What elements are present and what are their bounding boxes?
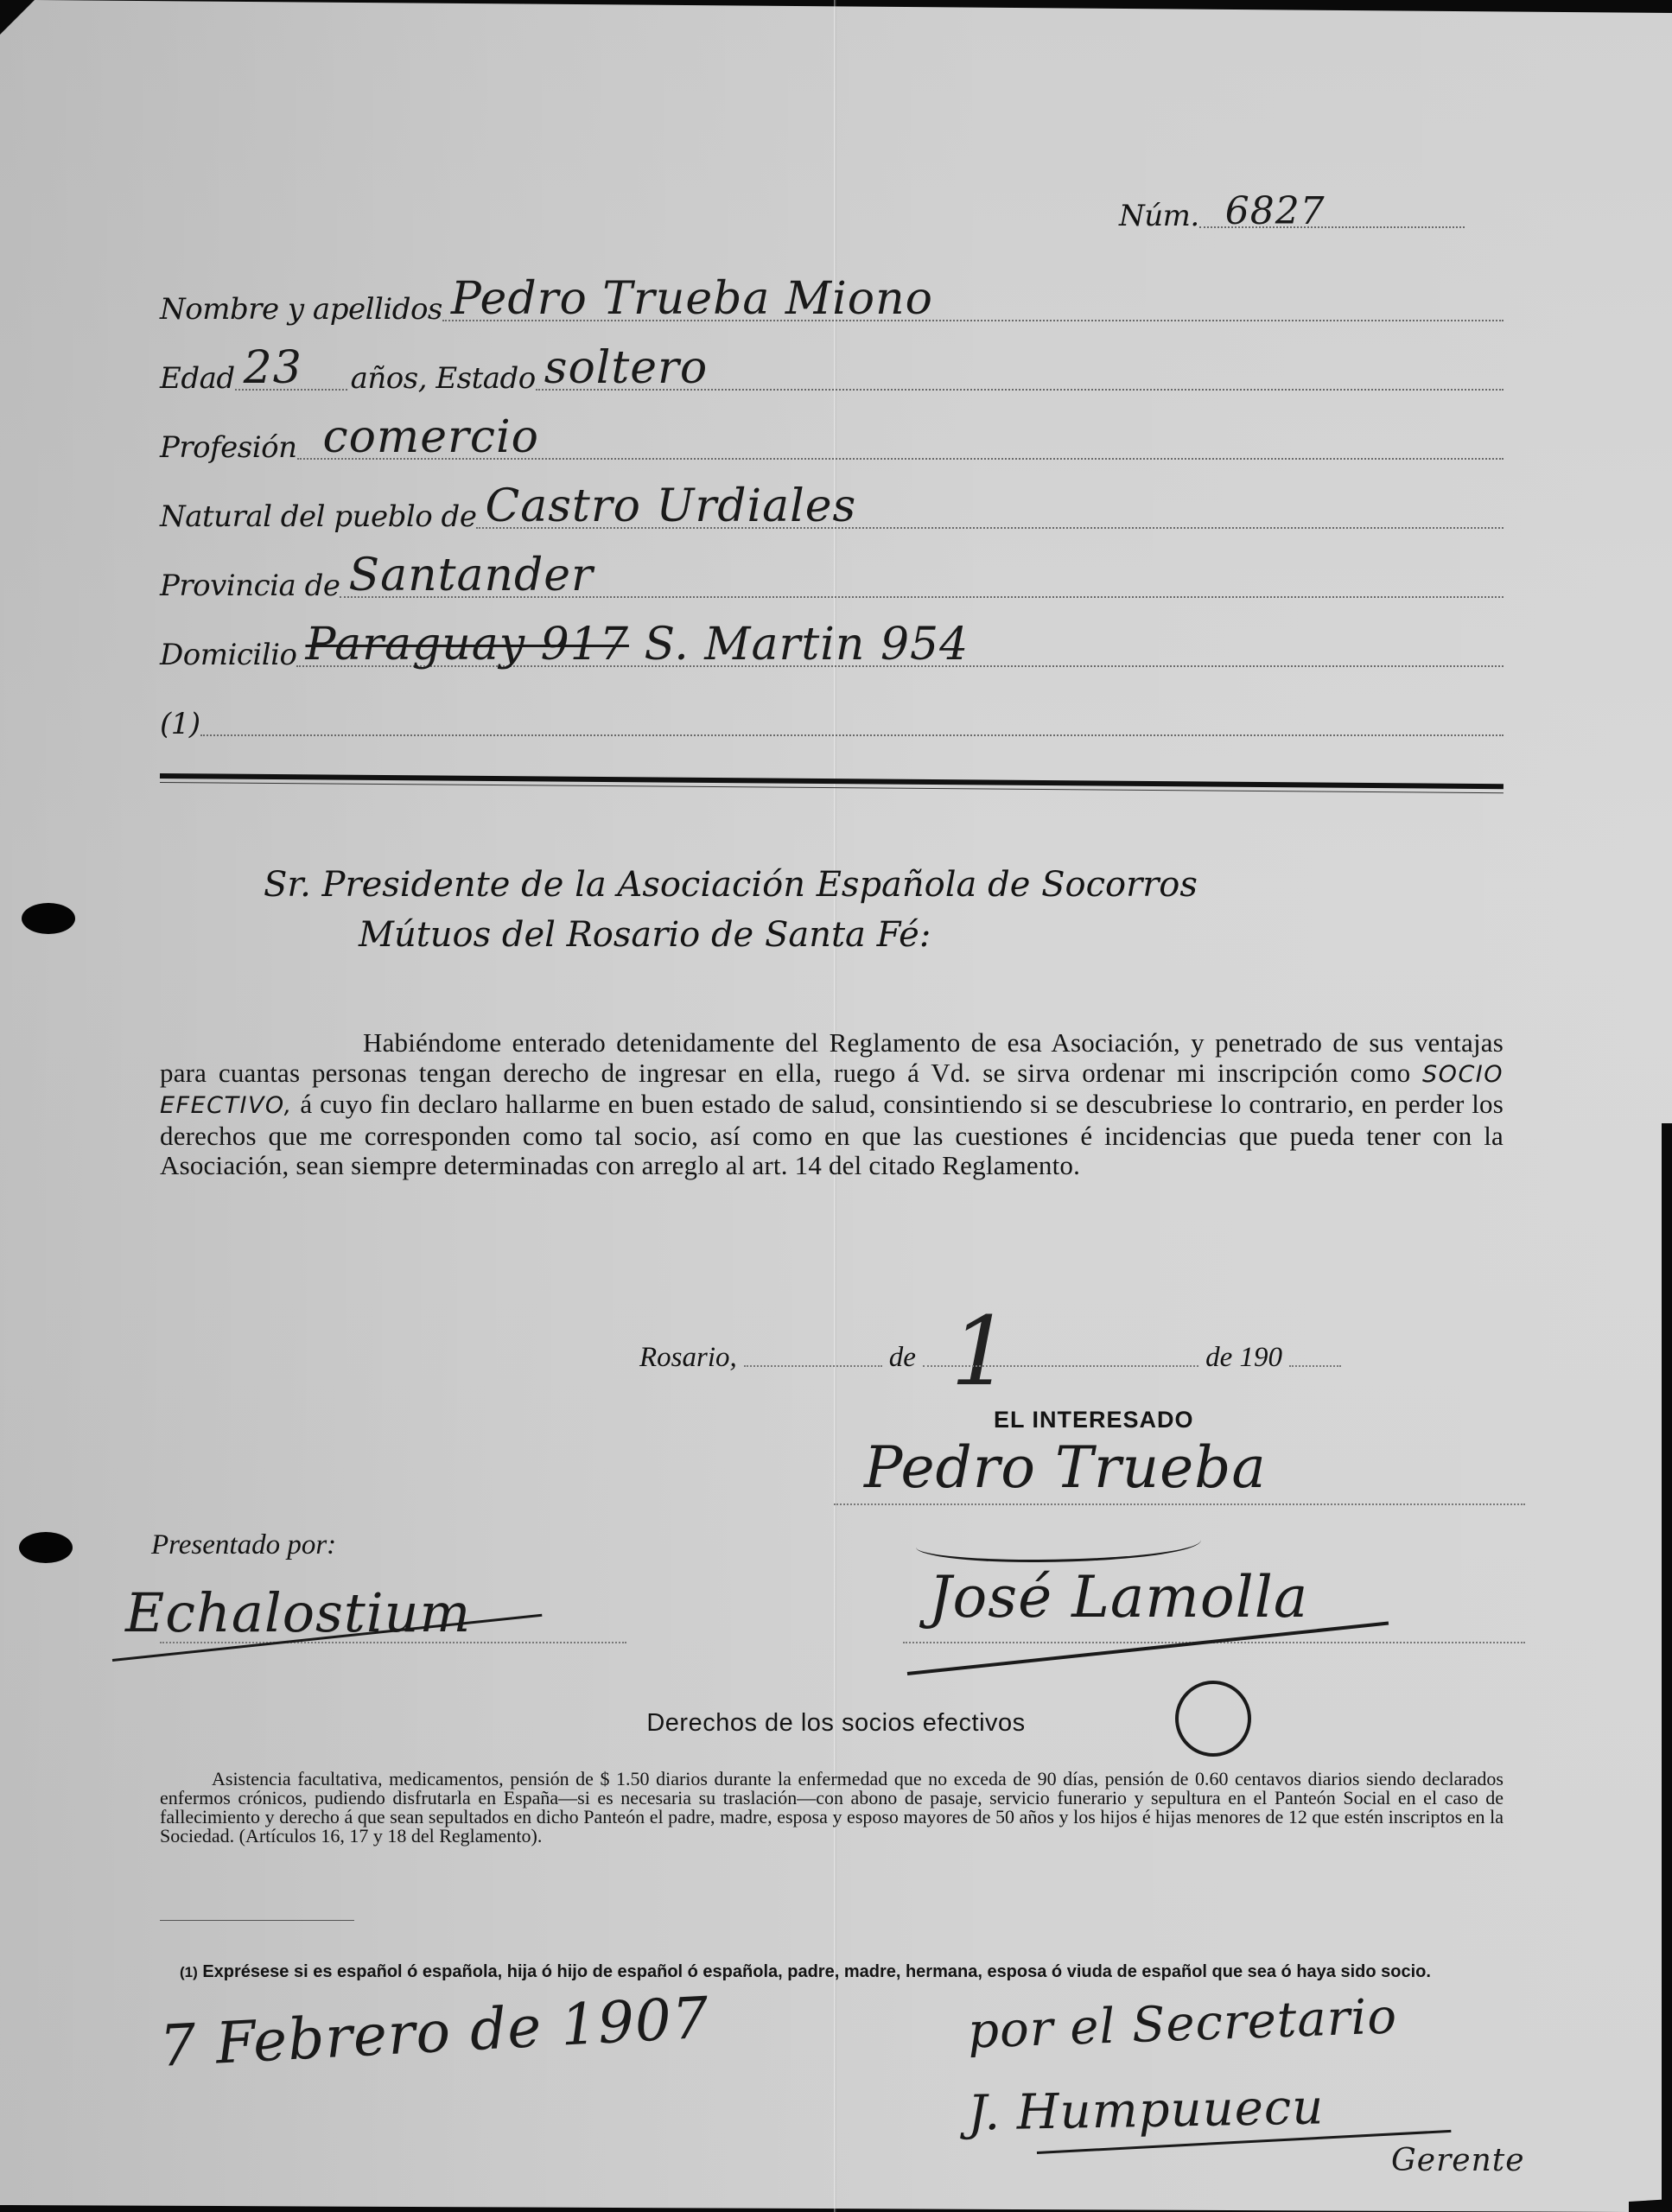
field-nationality-note: (1): [160, 690, 1504, 741]
salutation: Sr. Presidente de la Asociación Española…: [264, 860, 1473, 960]
presentado-label: Presentado por:: [151, 1529, 336, 1561]
field-value: Castro Urdiales: [485, 480, 856, 532]
date-year: de 190: [1205, 1342, 1282, 1374]
second-signature: José Lamolla: [929, 1564, 1308, 1630]
date-de: de: [889, 1342, 916, 1374]
field-value: Santander: [348, 550, 593, 601]
field-value: Pedro Trueba Miono: [451, 273, 933, 325]
field-age-status: Edad 23 años, Estado soltero: [160, 344, 1504, 396]
field-label: Profesión: [160, 430, 297, 465]
interesado-signature: Pedro Trueba: [864, 1434, 1267, 1501]
presentado-signature: Echalostium: [125, 1581, 471, 1644]
form-number: Núm. 6827: [1119, 190, 1465, 233]
interesado-label: EL INTERESADO: [994, 1407, 1194, 1433]
field-label: Provincia de: [160, 569, 340, 603]
punch-hole-upper: [22, 903, 75, 934]
field-label: Edad: [160, 361, 235, 396]
field-label: Domicilio: [160, 638, 296, 672]
field-value: S. Martin 954: [644, 619, 969, 671]
footnote-mark: (1): [180, 1964, 198, 1980]
number-value: 6827: [1225, 189, 1326, 233]
approval-title: Gerente: [1391, 2143, 1525, 2178]
footnote-text: Exprésese si es español ó española, hija…: [202, 1962, 1431, 1981]
field-value-status: soltero: [544, 342, 708, 394]
signature-line: [834, 1503, 1525, 1505]
footnote: (1) Exprésese si es español ó española, …: [180, 1961, 1510, 1983]
footnote-rule: [160, 1920, 354, 1921]
body-text-part2: á cuyo fin declaro hallarme en buen esta…: [160, 1089, 1504, 1180]
date-place: Rosario,: [639, 1342, 737, 1374]
field-value: comercio: [323, 411, 539, 463]
rights-title: Derechos de los socios efectivos: [0, 1709, 1672, 1738]
rights-paragraph: Asistencia facultativa, medicamentos, pe…: [160, 1768, 1504, 1847]
field-province: Provincia de Santander: [160, 551, 1504, 603]
page-edge-shadow: [1662, 1123, 1672, 2212]
application-body: Habiéndome enterado detenidamente del Re…: [160, 1028, 1504, 1181]
field-label: Nombre y apellidos: [160, 292, 442, 327]
field-name: Nombre y apellidos Pedro Trueba Miono: [160, 275, 1504, 327]
field-label: años, Estado: [351, 361, 536, 396]
date-line: Rosario, de de 190: [639, 1331, 1348, 1374]
salutation-line-2: Mútuos del Rosario de Santa Fé:: [264, 910, 1473, 960]
field-label: (1): [160, 707, 200, 741]
field-label: Natural del pueblo de: [160, 499, 476, 534]
field-birthplace: Natural del pueblo de Castro Urdiales: [160, 482, 1504, 534]
number-label: Núm.: [1119, 199, 1199, 233]
field-value-struck: Paraguay 917: [305, 619, 628, 671]
approval-signature: J. Humpuuecu: [967, 2079, 1324, 2141]
punch-hole-lower: [19, 1532, 73, 1563]
field-value-age: 23: [244, 342, 302, 394]
rights-text: Asistencia facultativa, medicamentos, pe…: [160, 1770, 1504, 1846]
salutation-line-1: Sr. Presidente de la Asociación Española…: [264, 860, 1473, 910]
field-profession: Profesión comercio: [160, 413, 1504, 465]
field-address: Domicilio Paraguay 917 S. Martin 954: [160, 620, 1504, 672]
body-text-part1: Habiéndome enterado detenidamente del Re…: [160, 1027, 1504, 1088]
